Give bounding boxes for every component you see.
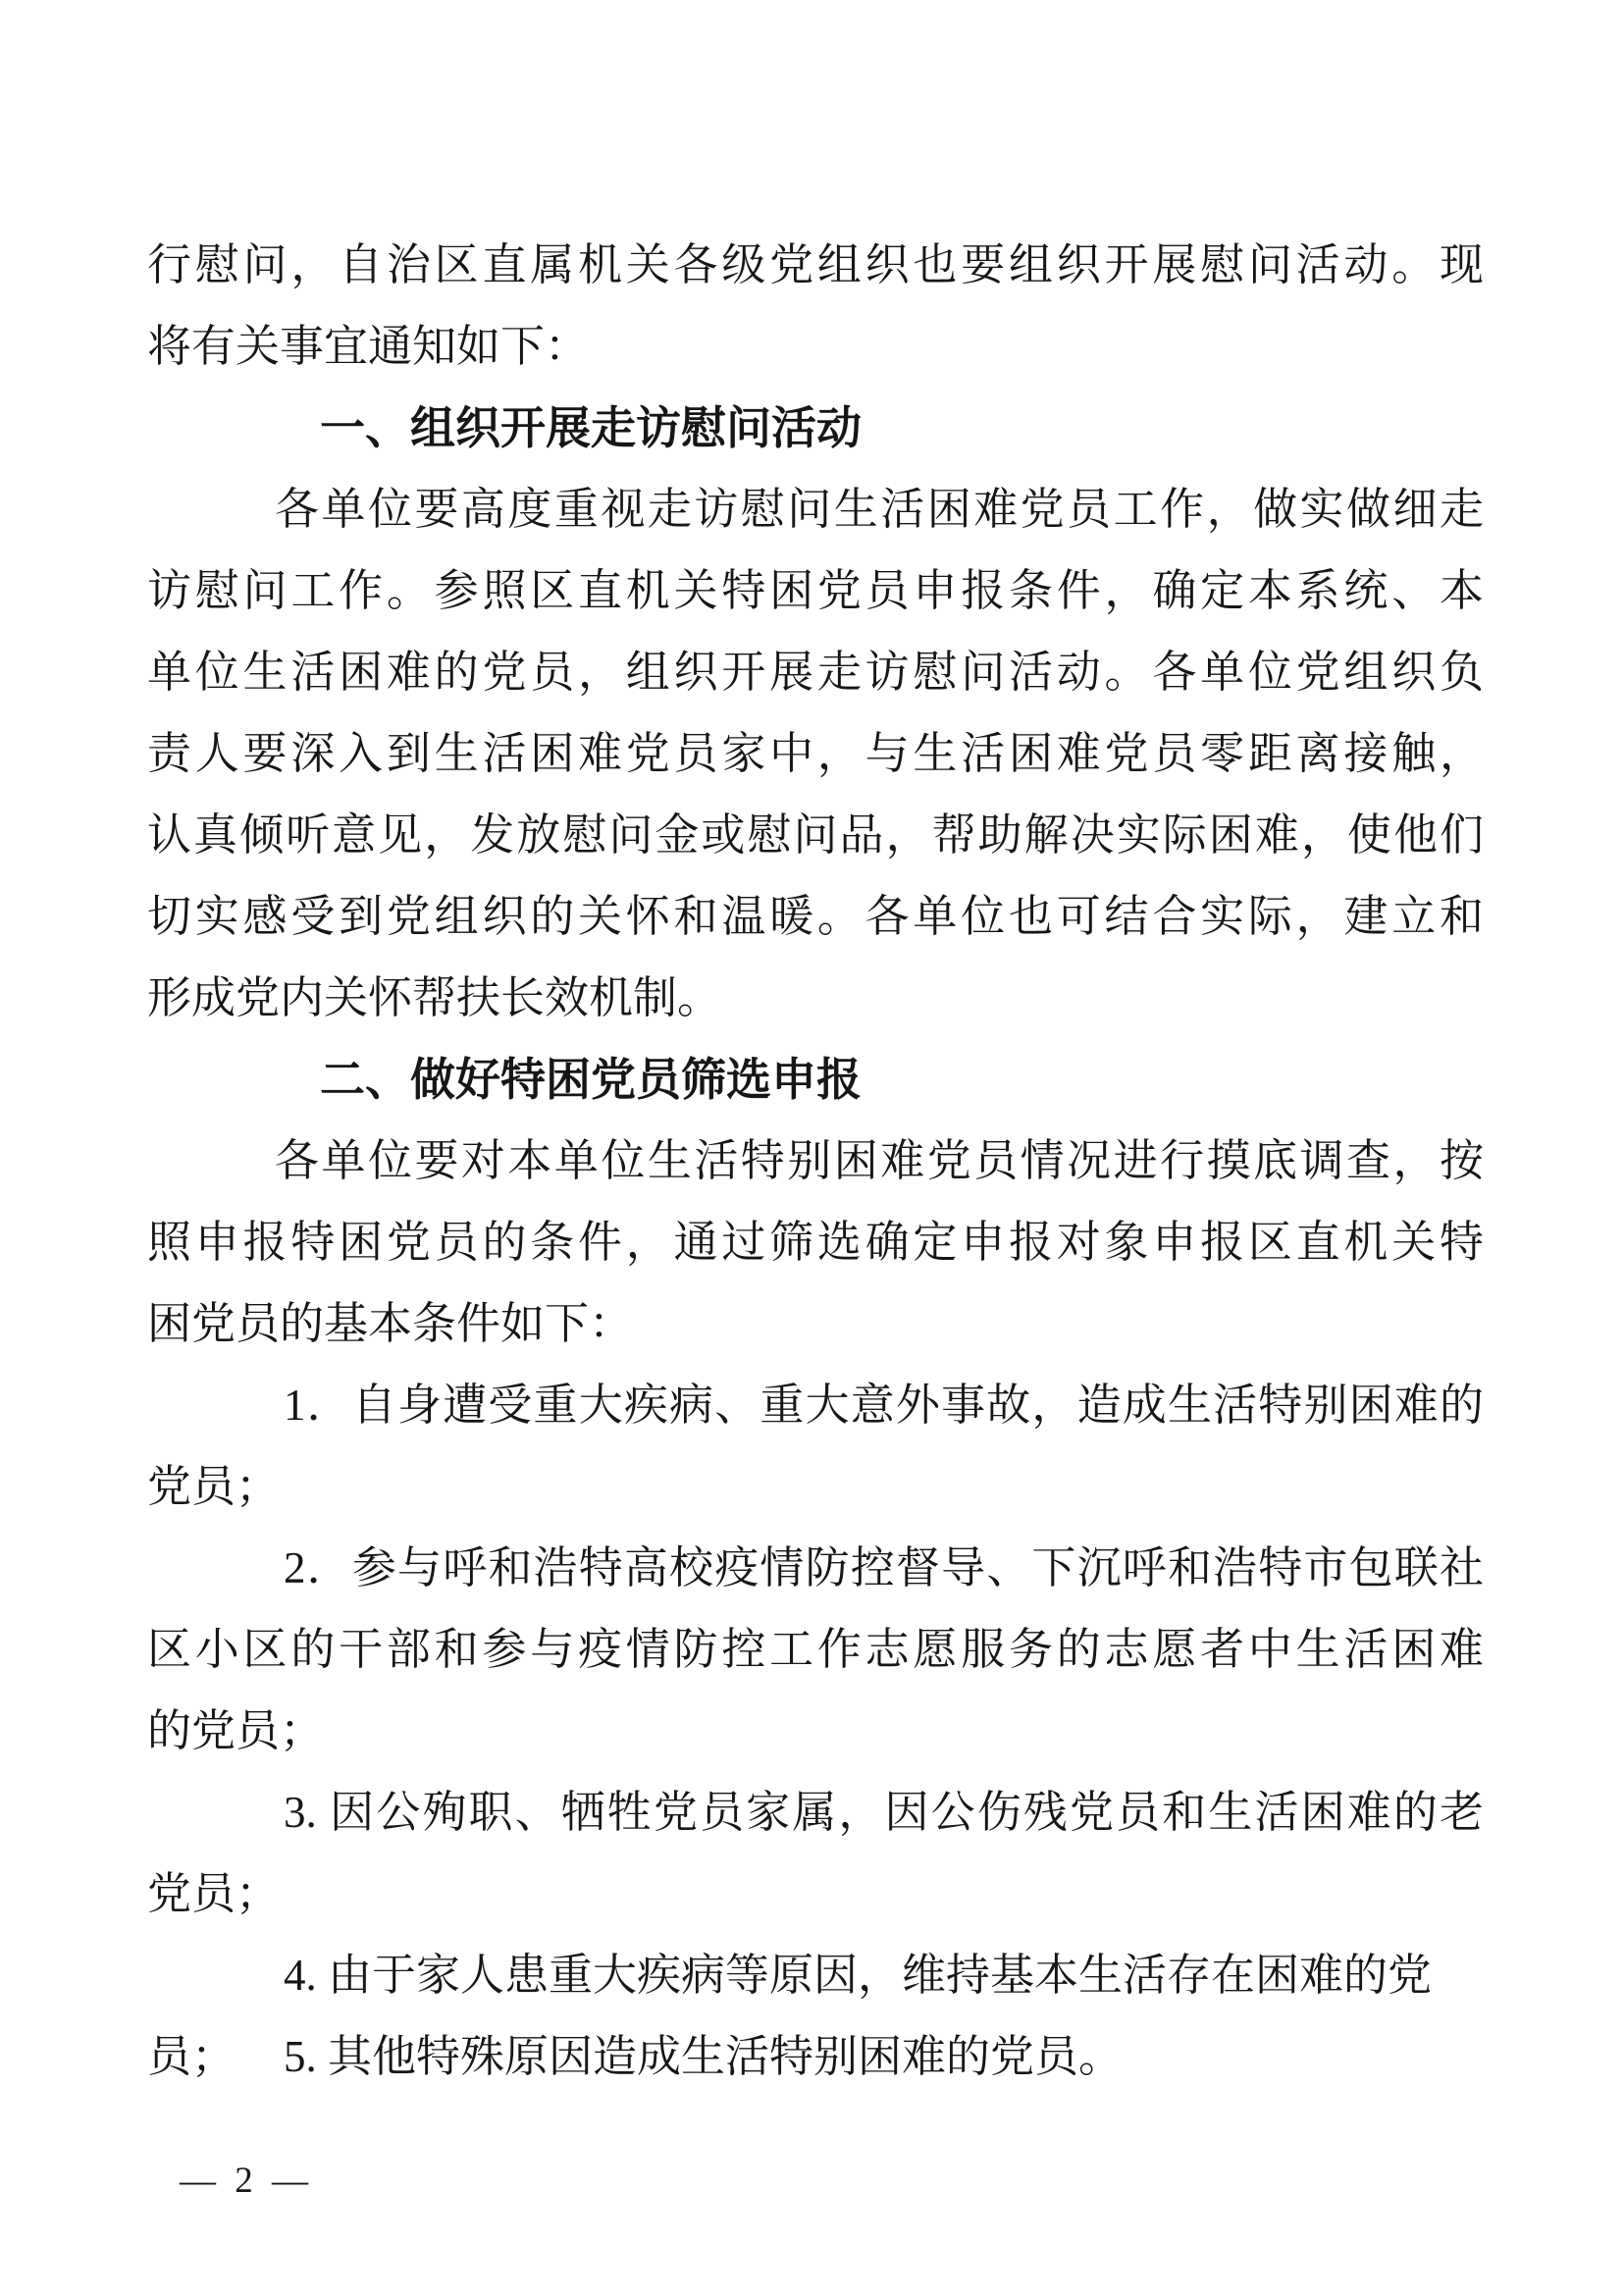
item2-line: 2．参与呼和浩特高校疫情防控督导、下沉呼和浩特市包联社 (147, 1528, 1484, 1609)
document-page: 行慰问，自治区直属机关各级党组织也要组织开展慰问活动。现 将有关事宜通知如下： … (0, 0, 1624, 2295)
item4-line: 4. 由于家人患重大疾病等原因，维持基本生活存在困难的党员； (147, 1935, 1484, 2016)
section1-line: 认真倾听意见，发放慰问金或慰问品，帮助解决实际困难，使他们 (147, 795, 1484, 876)
page-number: — 2 — (180, 2154, 313, 2209)
section1-heading: 一、组织开展走访慰问活动 (147, 388, 1484, 469)
section1-line: 责人要深入到生活困难党员家中，与生活困难党员零距离接触， (147, 713, 1484, 795)
section1-line: 各单位要高度重视走访慰问生活困难党员工作，做实做细走 (147, 469, 1484, 550)
section1-line: 单位生活困难的党员，组织开展走访慰问活动。各单位党组织负 (147, 632, 1484, 713)
item1-line: 党员； (147, 1446, 1484, 1528)
section2-line: 各单位要对本单位生活特别困难党员情况进行摸底调查，按 (147, 1121, 1484, 1202)
section1-line: 访慰问工作。参照区直机关特困党员申报条件，确定本系统、本 (147, 550, 1484, 632)
section2-line: 困党员的基本条件如下： (147, 1283, 1484, 1365)
section2-line: 照申报特困党员的条件，通过筛选确定申报对象申报区直机关特 (147, 1202, 1484, 1283)
section2-heading: 二、做好特困党员筛选申报 (147, 1039, 1484, 1121)
item3-line: 党员； (147, 1853, 1484, 1935)
item1-line: 1．自身遭受重大疾病、重大意外事故，造成生活特别困难的 (147, 1365, 1484, 1446)
item2-line: 的党员； (147, 1691, 1484, 1772)
intro-line: 将有关事宜通知如下： (147, 306, 1484, 388)
item2-line: 区小区的干部和参与疫情防控工作志愿服务的志愿者中生活困难 (147, 1609, 1484, 1691)
document-body: 行慰问，自治区直属机关各级党组织也要组织开展慰问活动。现 将有关事宜通知如下： … (147, 225, 1484, 2098)
section1-line: 形成党内关怀帮扶长效机制。 (147, 958, 1484, 1039)
intro-line: 行慰问，自治区直属机关各级党组织也要组织开展慰问活动。现 (147, 225, 1484, 306)
item3-line: 3. 因公殉职、牺牲党员家属，因公伤残党员和生活困难的老 (147, 1772, 1484, 1853)
section1-line: 切实感受到党组织的关怀和温暖。各单位也可结合实际，建立和 (147, 876, 1484, 958)
item5-line: 5. 其他特殊原因造成生活特别困难的党员。 (147, 2016, 1484, 2098)
